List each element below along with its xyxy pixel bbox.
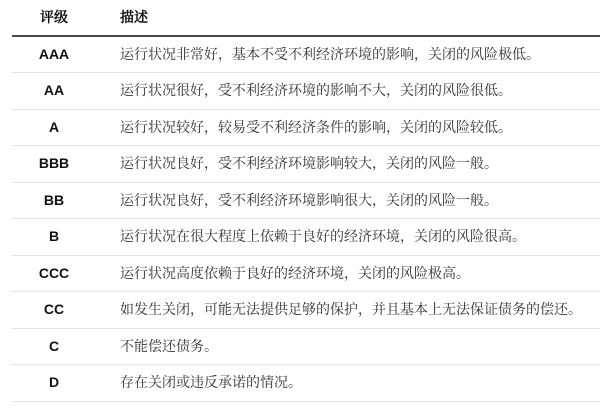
table-body: AAA 运行状况非常好，基本不受不利经济环境的影响，关闭的风险极低。 AA 运行… bbox=[12, 36, 600, 401]
rating-cell: CC bbox=[12, 292, 96, 329]
description-cell: 运行状况在很大程度上依赖于良好的经济环境，关闭的风险很高。 bbox=[96, 219, 600, 256]
table-row: AA 运行状况很好，受不利经济环境的影响不大，关闭的风险很低。 bbox=[12, 73, 600, 110]
table-row: A 运行状况较好，较易受不利经济条件的影响，关闭的风险较低。 bbox=[12, 109, 600, 146]
table-row: CC 如发生关闭，可能无法提供足够的保护，并且基本上无法保证债务的偿还。 bbox=[12, 292, 600, 329]
rating-cell: BB bbox=[12, 182, 96, 219]
table-row: BBB 运行状况良好，受不利经济环境影响较大，关闭的风险一般。 bbox=[12, 146, 600, 183]
table-row: D 存在关闭或违反承诺的情况。 bbox=[12, 365, 600, 402]
table-row: B 运行状况在很大程度上依赖于良好的经济环境，关闭的风险很高。 bbox=[12, 219, 600, 256]
description-cell: 如发生关闭，可能无法提供足够的保护，并且基本上无法保证债务的偿还。 bbox=[96, 292, 600, 329]
rating-cell: BBB bbox=[12, 146, 96, 183]
description-cell: 运行状况很好，受不利经济环境的影响不大，关闭的风险很低。 bbox=[96, 73, 600, 110]
description-cell: 运行状况较好，较易受不利经济条件的影响，关闭的风险较低。 bbox=[96, 109, 600, 146]
rating-cell: C bbox=[12, 328, 96, 365]
rating-column-header: 评级 bbox=[12, 0, 96, 36]
description-cell: 存在关闭或违反承诺的情况。 bbox=[96, 365, 600, 402]
table-row: C 不能偿还债务。 bbox=[12, 328, 600, 365]
rating-table: 评级 描述 AAA 运行状况非常好，基本不受不利经济环境的影响，关闭的风险极低。… bbox=[12, 0, 600, 402]
description-cell: 运行状况良好，受不利经济环境影响较大，关闭的风险一般。 bbox=[96, 146, 600, 183]
rating-cell: CCC bbox=[12, 255, 96, 292]
rating-table-container: 评级 描述 AAA 运行状况非常好，基本不受不利经济环境的影响，关闭的风险极低。… bbox=[12, 0, 600, 402]
rating-cell: AAA bbox=[12, 36, 96, 73]
table-row: AAA 运行状况非常好，基本不受不利经济环境的影响，关闭的风险极低。 bbox=[12, 36, 600, 73]
description-cell: 运行状况良好，受不利经济环境影响很大，关闭的风险一般。 bbox=[96, 182, 600, 219]
table-row: BB 运行状况良好，受不利经济环境影响很大，关闭的风险一般。 bbox=[12, 182, 600, 219]
description-column-header: 描述 bbox=[96, 0, 600, 36]
description-cell: 运行状况非常好，基本不受不利经济环境的影响，关闭的风险极低。 bbox=[96, 36, 600, 73]
rating-cell: A bbox=[12, 109, 96, 146]
rating-cell: B bbox=[12, 219, 96, 256]
description-cell: 不能偿还债务。 bbox=[96, 328, 600, 365]
description-cell: 运行状况高度依赖于良好的经济环境，关闭的风险极高。 bbox=[96, 255, 600, 292]
table-row: CCC 运行状况高度依赖于良好的经济环境，关闭的风险极高。 bbox=[12, 255, 600, 292]
rating-cell: AA bbox=[12, 73, 96, 110]
header-row: 评级 描述 bbox=[12, 0, 600, 36]
rating-cell: D bbox=[12, 365, 96, 402]
